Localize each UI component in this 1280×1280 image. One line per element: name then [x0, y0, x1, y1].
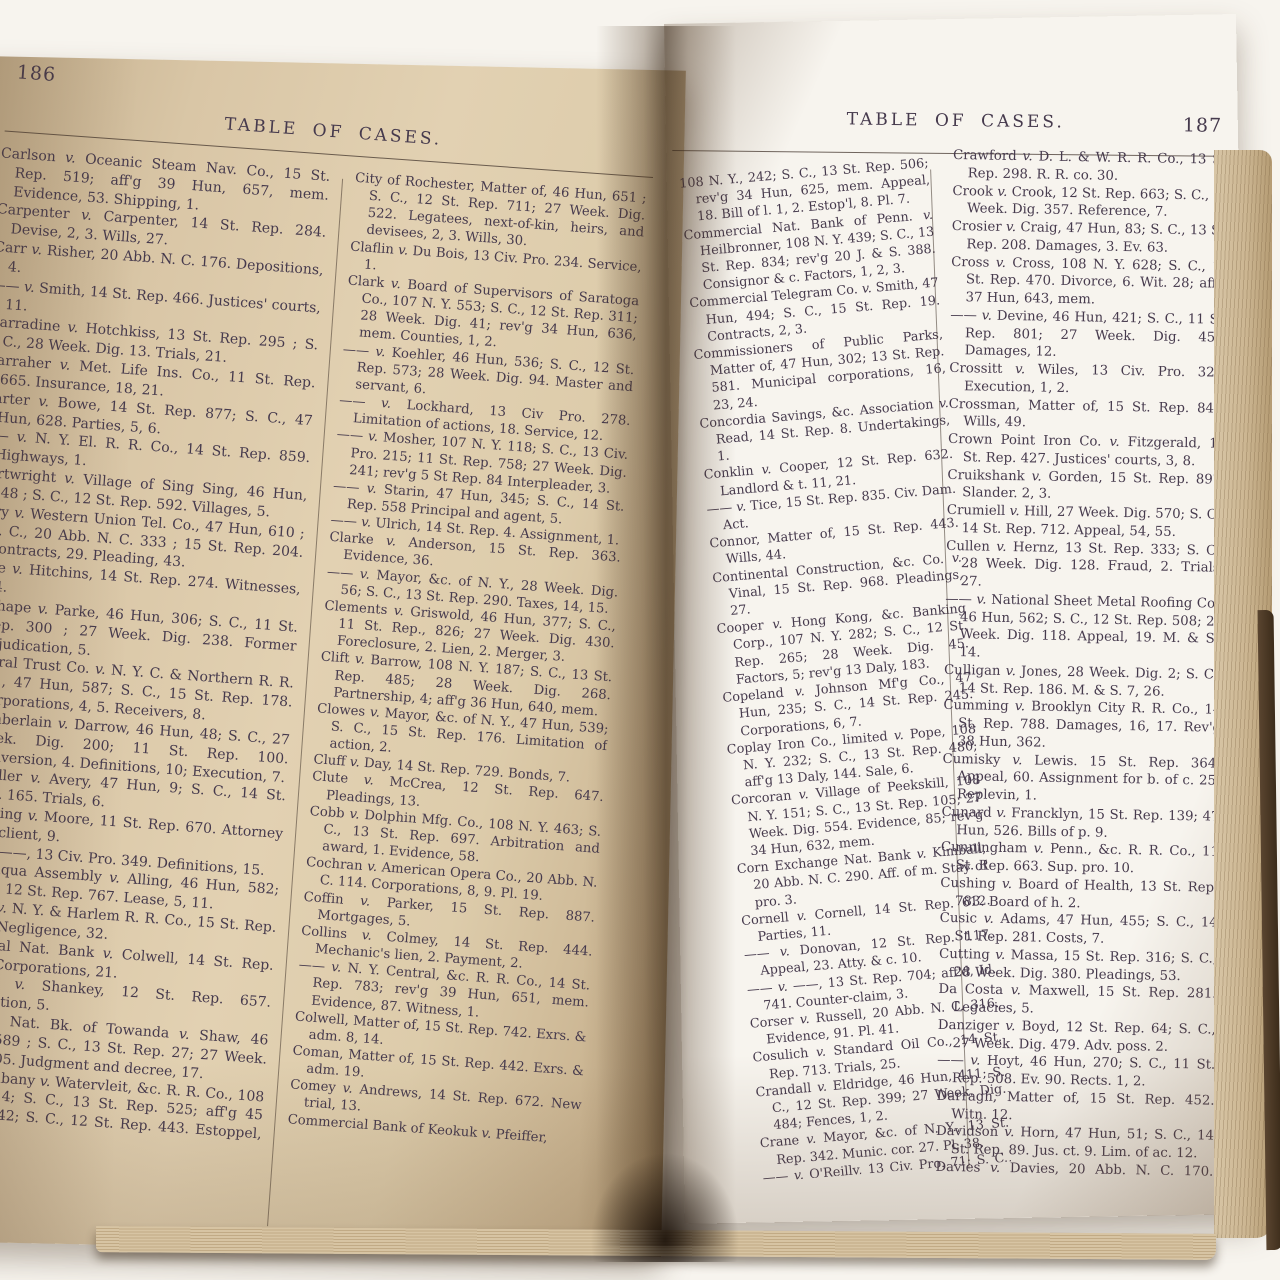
case-entry: Danziger v. Boyd, 12 St. Rep. 64; S. C.,…: [937, 1017, 1216, 1057]
case-entry: Cruikshank v. Gorden, 15 St. Rep. 897. S…: [947, 466, 1226, 506]
book-photo: 186 TABLE OF CASES. Carlson v. Oceanic S…: [0, 0, 1280, 1280]
left-page-content: 186 TABLE OF CASES. Carlson v. Oceanic S…: [0, 53, 688, 1280]
case-entry: Cumisky v. Lewis. 15 St. Rep. 364. Appea…: [942, 750, 1221, 808]
case-entry: Cusic v. Adams, 47 Hun, 455; S. C., 14 S…: [939, 910, 1218, 950]
left-page: 186 TABLE OF CASES. Carlson v. Oceanic S…: [0, 56, 686, 1256]
right-page: 187 TABLE OF CASES. 108 N. Y., 242; S. C…: [664, 14, 1257, 1224]
left-column-1: Carlson v. Oceanic Steam Nav. Co., 15 St…: [0, 144, 331, 1245]
case-entry: —— v. National Sheet Metal Roofing Co., …: [944, 591, 1223, 667]
right-page-number: 187: [1182, 114, 1221, 136]
case-entry: Cross v. Cross, 108 N. Y. 628; S. C., 13…: [950, 253, 1229, 311]
case-entry: —— v. Hoyt, 46 Hun, 270; S. C., 11 St. R…: [937, 1052, 1216, 1092]
case-entry: Darragh, Matter of, 15 St. Rep. 452. Wit…: [936, 1088, 1215, 1128]
right-running-head: TABLE OF CASES.: [786, 109, 1126, 134]
case-entry: Crown Point Iron Co. v. Fitzgerald, 14 S…: [948, 431, 1227, 471]
case-entry: Cullen v. Hernz, 13 St. Rep. 333; S. C.,…: [945, 537, 1224, 595]
case-entry: Cunard v. Francklyn, 15 St. Rep. 139; 47…: [941, 804, 1220, 844]
case-entry: Davies v. Davies, 20 Abb. N. C. 170. Con…: [935, 1159, 1213, 1182]
case-entry: Cumming v. Brooklyn City R. R. Co., 14 S…: [943, 697, 1222, 755]
case-entry: Crumiell v. Hill, 27 Week. Dig. 570; S. …: [946, 502, 1225, 542]
left-column-2: City of Rochester, Matter of, 46 Hun, 65…: [278, 170, 647, 1270]
case-entry: Crook v. Crook, 12 St. Rep. 663; S. C., …: [952, 182, 1231, 222]
left-page-number: 186: [16, 61, 57, 86]
case-entry: Da Costa v. Maxwell, 15 St. Rep. 281. Le…: [938, 981, 1217, 1021]
right-column-2: Crawford v. D. L. & W. R. R. Co., 13 St.…: [935, 147, 1231, 1182]
case-entry: Cutting v. Massa, 15 St. Rep. 316; S. C.…: [939, 946, 1218, 986]
case-entry: Crossitt v. Wiles, 13 Civ. Pro. 327. Exe…: [949, 360, 1228, 400]
case-entry: —— v. Devine, 46 Hun, 421; S. C., 11 St.…: [949, 307, 1228, 365]
case-entry: Culligan v. Jones, 28 Week. Dig. 2; S. C…: [944, 662, 1223, 702]
case-entry: Davidson v. Horn, 47 Hun, 51; S. C., 14 …: [936, 1123, 1215, 1163]
case-entry: Crawford v. D. L. & W. R. R. Co., 13 St.…: [953, 147, 1232, 187]
case-entry: Cunningham v. Penn., &c. R. R. Co., 11 S…: [940, 839, 1219, 879]
case-entry: Crossman, Matter of, 15 St. Rep. 841. Wi…: [948, 395, 1227, 435]
case-entry: Crosier v. Craig, 47 Hun, 83; S. C., 13 …: [951, 218, 1230, 258]
case-entry: Cushing v. Board of Health, 13 St. Rep. …: [940, 875, 1219, 915]
